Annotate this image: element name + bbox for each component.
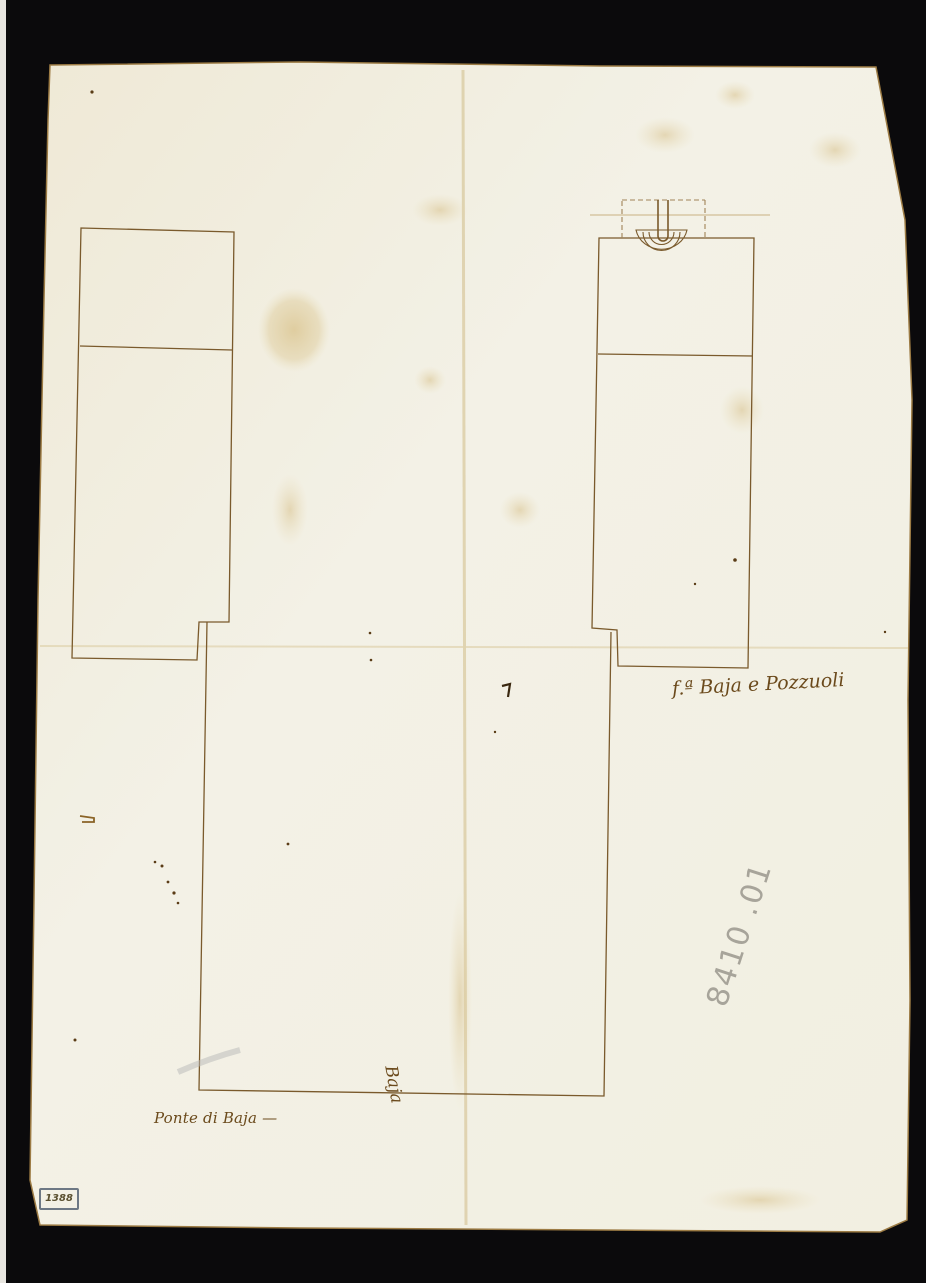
inventory-stamp: 1388 bbox=[39, 1188, 79, 1210]
stain bbox=[412, 194, 468, 226]
stain bbox=[635, 117, 695, 153]
stain bbox=[715, 81, 755, 109]
stain bbox=[720, 386, 764, 434]
drawing-sheet bbox=[0, 0, 926, 1283]
annotation-ponte-di-baja: Ponte di Baja — bbox=[154, 1109, 277, 1127]
stain bbox=[414, 366, 446, 394]
stain bbox=[500, 492, 540, 528]
stain bbox=[272, 474, 308, 546]
stain bbox=[258, 288, 330, 372]
stain bbox=[809, 132, 861, 168]
stain bbox=[448, 890, 472, 1110]
stain bbox=[700, 1186, 820, 1214]
